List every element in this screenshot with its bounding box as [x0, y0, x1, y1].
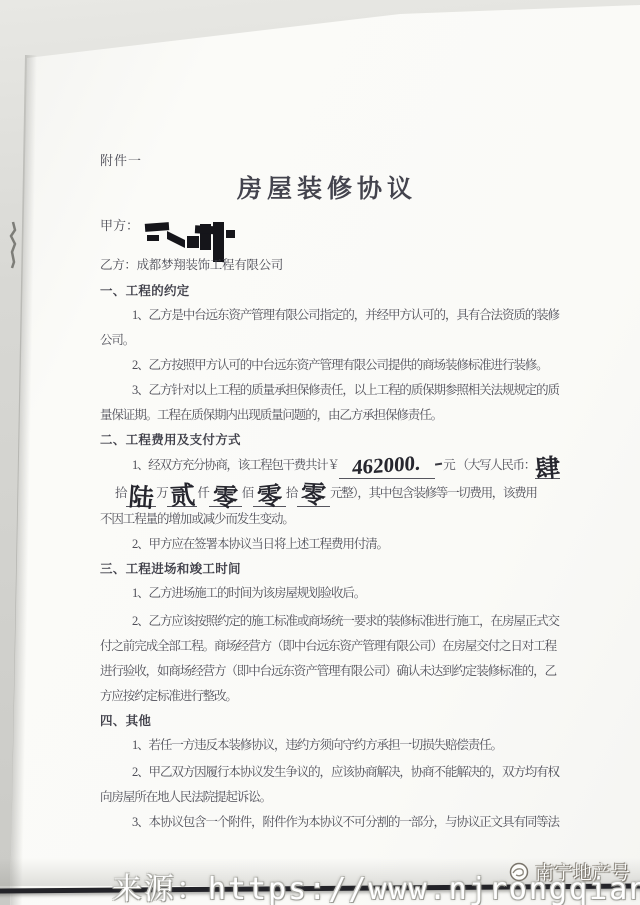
publisher-badge: 南宁地产号: [508, 858, 630, 885]
paragraph-line: 1、乙方进场施工的时间为该房屋规划验收后。: [100, 581, 560, 606]
amount-figures-blank: 462000.: [339, 451, 435, 479]
handwritten-capital-digit: 零: [300, 482, 326, 508]
paragraph-line: 1、若任一方违反本装修协议，违约方须向守约方承担一切损失赔偿责任。: [100, 733, 560, 758]
capital-blank: 陆: [126, 478, 156, 507]
capital-prefix: （大写人民币：: [457, 452, 535, 479]
unit-label: 拾: [115, 479, 126, 507]
paragraph-line: 向房屋所在地人民法院提起诉讼。: [100, 785, 560, 810]
handwritten-amount-figures: 462000.: [352, 453, 421, 479]
handwritten-capital-digit: 零: [256, 484, 283, 511]
paragraph-line: 付之前完成全部工程。商场经营方（即中台远东资产管理有限公司）在房屋交付之日对工程: [100, 634, 560, 659]
unit-label: 佰: [242, 479, 253, 507]
attachment-label: 附件一: [100, 150, 142, 169]
capital-blank: 肆: [535, 451, 560, 479]
doc-title: 房屋装修协议: [14, 169, 640, 205]
unit-label: 万: [156, 479, 167, 507]
contract-body: 一、工程的约定 1、乙方是中台远东资产管理有限公司指定的，并经甲方认可的，具有合…: [100, 279, 560, 835]
photo-frame: 附件一 房屋装修协议 甲方： 乙方：成都梦翔装饰工程有限公司 一、工程的约定 1…: [0, 0, 640, 905]
capital-amount-line: 拾陆万贰仟零佰零拾零元整），其中包含装修等一切费用，该费用: [100, 479, 560, 507]
capital-blank: 零: [297, 478, 330, 507]
contract-amount-line: 1、经双方充分协商，该工程包干费共计￥462000.元（大写人民币：肆: [100, 452, 560, 479]
yuan-label: 元: [443, 452, 454, 479]
amount-line-tail: 元整），其中包含装修等一切费用，该费用: [330, 479, 537, 507]
capital-blank: 零: [209, 478, 242, 507]
paragraph-line: 2、甲乙双方因履行本协议发生争议的，应该协商解决，协商不能解决的，双方均有权: [100, 760, 560, 785]
handwritten-capital-digit: 贰: [169, 483, 195, 509]
capital-blank: 贰: [167, 478, 197, 507]
publisher-badge-label: 南宁地产号: [535, 858, 630, 885]
section-3-heading: 三、工程进场和竣工时间: [100, 557, 560, 581]
paragraph-line: 2、乙方应该按照约定的施工标准或商场统一要求的装修标准进行施工，在房屋正式交: [100, 609, 560, 634]
handwritten-capital-digit: 零: [212, 486, 238, 512]
paragraph-line: 3、本协议包含一个附件，附件作为本协议不可分割的一部分，与协议正文具有同等法: [100, 810, 560, 835]
party-b-name: 成都梦翔装饰工程有限公司: [137, 258, 283, 272]
unit-label: 拾: [286, 479, 297, 507]
paragraph-line: 量保证期。工程在质保期内出现质量问题的，由乙方承担保修责任。: [100, 403, 560, 428]
binding-mark: [6, 220, 20, 270]
paragraph-line: 公司。: [100, 328, 560, 353]
paragraph-line: 不因工程量的增加或减少而发生变动。: [100, 507, 560, 532]
section-4-heading: 四、其他: [100, 709, 560, 733]
party-b-label: 乙方：: [100, 258, 137, 272]
section-2-heading: 二、工程费用及支付方式: [100, 428, 560, 452]
paragraph-line: 2、甲方应在签署本协议当日将上述工程费用付清。: [100, 532, 560, 557]
section-1-heading: 一、工程的约定: [100, 279, 560, 303]
publisher-logo-icon: [508, 861, 530, 883]
paragraph-line: 方应按约定标准进行整改。: [100, 684, 560, 709]
handwritten-stroke: [435, 463, 442, 466]
capital-blank: 零: [253, 478, 286, 507]
paragraph-line: 1、乙方是中台远东资产管理有限公司指定的，并经甲方认可的，具有合法资质的装修: [100, 303, 560, 328]
party-a-label: 甲方：: [100, 216, 139, 236]
paragraph-line: 2、乙方按照甲方认可的中台远东资产管理有限公司提供的商场装修标准进行装修。: [100, 353, 560, 378]
amount-line-prefix: 1、经双方充分协商，该工程包干费共计￥: [132, 452, 339, 479]
handwritten-capital-digit: 陆: [127, 485, 154, 512]
paragraph-line: 进行验收，如商场经营方（即中台远东资产管理有限公司）确认未达到约定装修标准的，乙: [100, 659, 560, 684]
unit-label: 仟: [197, 479, 208, 507]
paragraph-line: 3、乙方针对以上工程的质量承担保修责任，以上工程的质保期参照相关法规规定的质: [100, 378, 560, 403]
party-b-line: 乙方：成都梦翔装饰工程有限公司: [100, 255, 283, 273]
handwritten-capital-digit: 肆: [534, 456, 561, 483]
